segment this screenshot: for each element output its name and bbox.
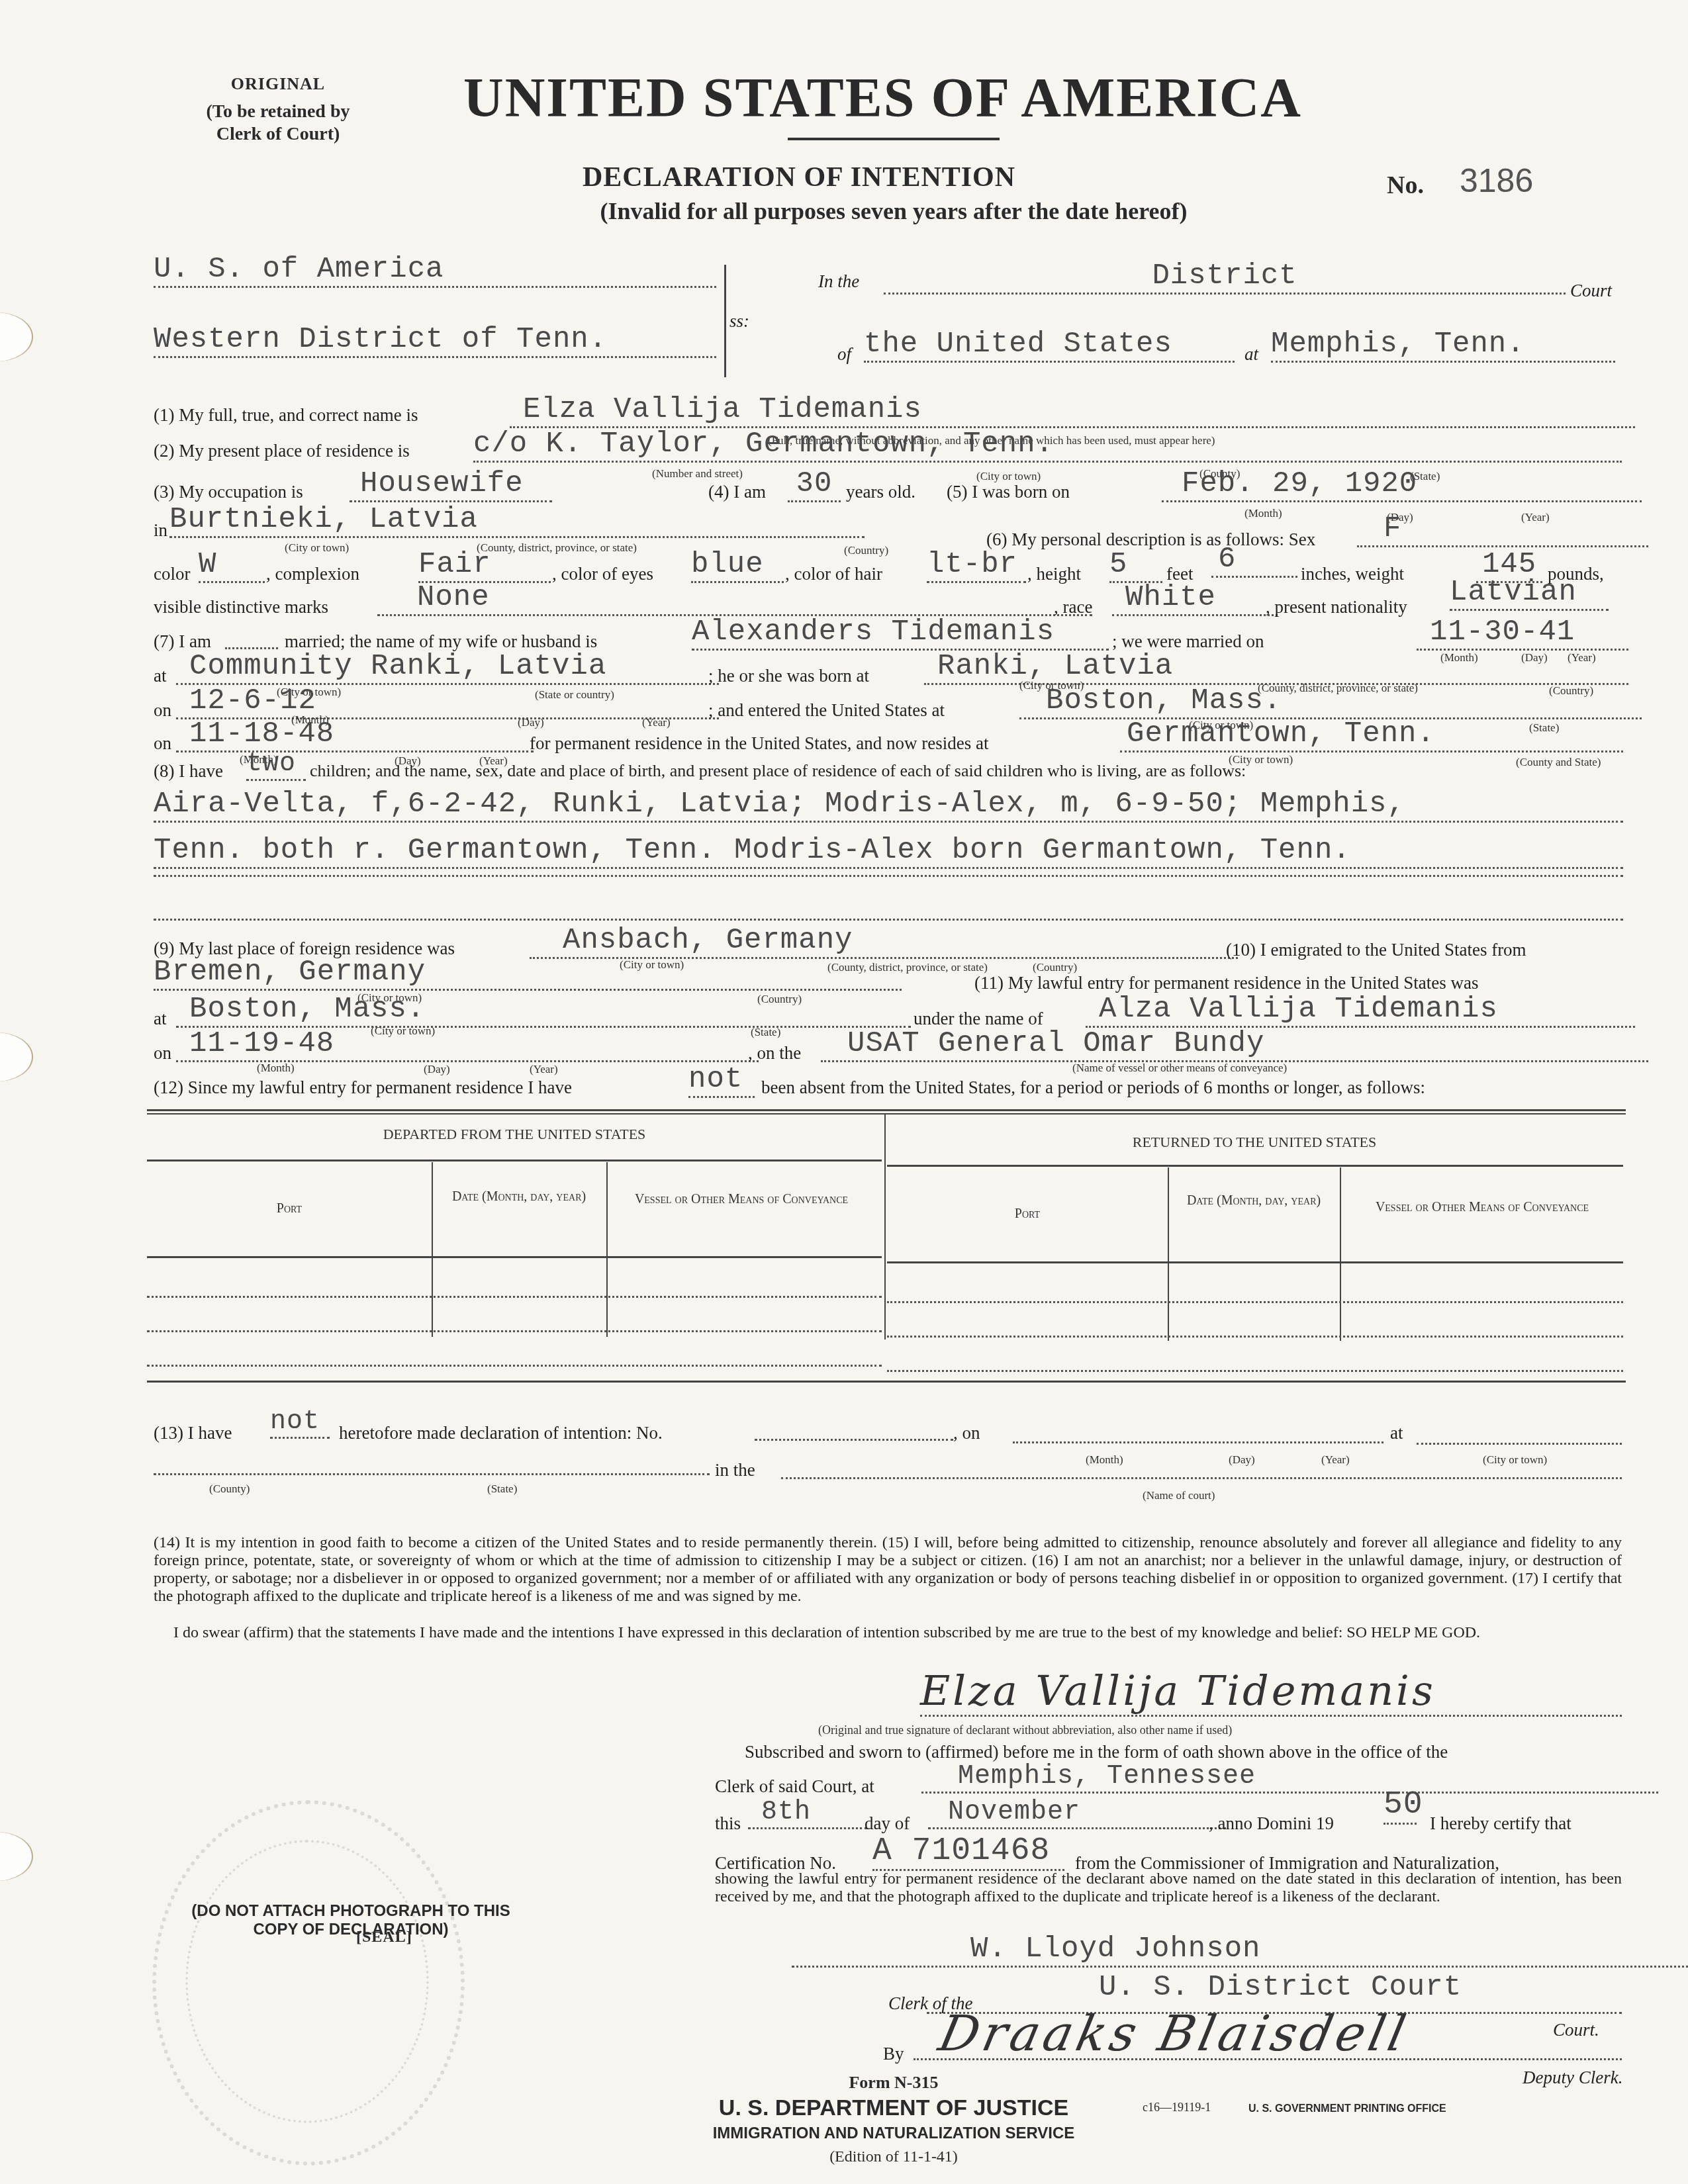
prior-county-state-field: [154, 1473, 710, 1475]
complexion-field: Fair: [418, 548, 551, 583]
q13-at-label: at: [1390, 1423, 1403, 1443]
q4-suffix: years old.: [846, 482, 915, 502]
form-subtitle: DECLARATION OF INTENTION: [583, 161, 1244, 193]
spouse-resides-label: for permanent residence in the United St…: [530, 733, 989, 754]
oath-location-field: Memphis, Tennessee: [921, 1762, 1658, 1794]
residence-caption-city: (City or town): [976, 470, 1041, 483]
of-label: of: [837, 344, 851, 365]
returned-date-header: Date (Month, day, year): [1168, 1193, 1340, 1208]
q5-label: (5) I was born on: [947, 482, 1070, 502]
q13-text: heretofore made declaration of intention…: [339, 1423, 663, 1443]
q1-label: (1) My full, true, and correct name is: [154, 405, 418, 426]
spouse-born-label: ; he or she was born at: [708, 666, 869, 686]
entry-date-field: 11-19-48: [176, 1027, 759, 1062]
punch-hole: [0, 312, 33, 361]
birth-caption-month: (Month): [1244, 507, 1282, 520]
q13-caption-day: (Day): [1229, 1453, 1255, 1467]
q13-caption-court: (Name of court): [1143, 1489, 1215, 1502]
entry-port-field: Boston, Mass.: [176, 993, 911, 1028]
prior-date-field: [1013, 1441, 1383, 1443]
children-line-3: [154, 875, 1623, 877]
title-rule: [788, 138, 1000, 140]
spouse-dob-field: 12-6-12: [176, 684, 719, 719]
marks-label: visible distinctive marks: [154, 597, 328, 617]
oath-month-field: November: [928, 1797, 1226, 1829]
table-top-rule: [147, 1109, 1626, 1111]
q2-label: (2) My present place of residence is: [154, 441, 410, 461]
table-row: [147, 1296, 882, 1298]
complexion-label: , complexion: [266, 564, 359, 584]
embossed-seal-inner: [185, 1840, 429, 2123]
retained-note: (To be retained by Clerk of Court): [146, 101, 410, 146]
prior-court-field: [781, 1477, 1622, 1479]
table-top-rule-2: [147, 1113, 1626, 1115]
table-row: [887, 1370, 1623, 1372]
q8-label: (8) I have: [154, 761, 223, 782]
birthplace-prefix: in: [154, 520, 167, 541]
departed-date-header: Date (Month, day, year): [432, 1189, 606, 1205]
table-row: [887, 1301, 1623, 1303]
age-field: 30: [788, 467, 841, 502]
sex-field: F: [1357, 512, 1648, 547]
venue-district: Western District of Tenn.: [154, 323, 716, 358]
departed-port-header: Port: [147, 1201, 432, 1216]
children-line-4: [154, 919, 1623, 921]
this-label: this: [715, 1813, 741, 1834]
q11-caption-month: (Month): [257, 1062, 295, 1075]
table-divider: [884, 1115, 886, 1340]
birthplace-caption-city: (City or town): [285, 541, 349, 555]
table-row: [887, 1336, 1623, 1338]
declarant-signature: Elza Vallija Tidemanis: [920, 1666, 1622, 1717]
height-inches-field: 6: [1211, 543, 1297, 578]
prior-declaration-field: not: [270, 1407, 330, 1439]
photo-note: (DO NOT ATTACH PHOTOGRAPH TO THIS COPY O…: [146, 1902, 556, 1939]
prior-number-field: [755, 1439, 953, 1441]
departed-header-rule: [147, 1160, 882, 1161]
emigrated-from-field: Bremen, Germany: [154, 956, 902, 991]
q12-label: (12) Since my lawful entry for permanent…: [154, 1077, 572, 1098]
residence-field: c/o K. Taylor, Germantown, Tenn.: [473, 428, 1622, 463]
q11-vessel-label: , on the: [748, 1043, 801, 1064]
married-at-label: at: [154, 666, 167, 686]
marriage-date-field: 11-30-41: [1417, 615, 1628, 651]
returned-header-rule: [887, 1165, 1623, 1167]
swear-paragraph: I do swear (affirm) that the statements …: [154, 1624, 1622, 1642]
entry-vessel-field: USAT General Omar Bundy: [821, 1027, 1648, 1062]
q11-vessel-caption: (Name of vessel or other means of convey…: [1072, 1062, 1287, 1075]
seal-label: [SEAL]: [356, 1929, 412, 1946]
service-name: IMMIGRATION AND NATURALIZATION SERVICE: [596, 2124, 1192, 2143]
q13-caption-city: (City or town): [1483, 1453, 1547, 1467]
column-header-rule: [887, 1261, 1623, 1263]
returned-header: RETURNED TO THE UNITED STATES: [887, 1134, 1622, 1150]
court-label: Court: [1570, 281, 1612, 301]
by-label: By: [883, 2044, 904, 2064]
court-of: the United States: [864, 328, 1235, 363]
foreign-residence-field: Ansbach, Germany: [530, 924, 1238, 959]
race-field: White: [1112, 581, 1278, 616]
q13-caption-county: (County): [209, 1482, 250, 1496]
residence-caption-street: (Number and street): [652, 467, 743, 480]
table-row: [147, 1330, 882, 1332]
q13-in-the-label: in the: [715, 1460, 755, 1480]
q11-caption-year: (Year): [530, 1063, 558, 1076]
deputy-label: Deputy Clerk.: [1523, 2068, 1622, 2088]
spouse-entry-date-field: 11-18-48: [176, 717, 534, 752]
q13-caption-month: (Month): [1086, 1453, 1123, 1467]
departed-vessel-header: Vessel or Other Means of Conveyance: [616, 1191, 867, 1207]
q3-label: (3) My occupation is: [154, 482, 303, 502]
height-feet-field: 5: [1109, 548, 1162, 583]
column-header-rule: [147, 1256, 882, 1258]
q13-caption-state: (State): [487, 1482, 517, 1496]
q11-on-label: on: [154, 1043, 171, 1064]
punch-hole: [0, 1032, 33, 1081]
venue-brace: [716, 265, 726, 377]
children-line-2: Tenn. both r. Germantown, Tenn. Modris-A…: [154, 834, 1623, 869]
col-divider: [1340, 1167, 1341, 1341]
day-of-label: day of: [865, 1813, 910, 1834]
ss-label: ss:: [729, 311, 749, 332]
clerk-name-field: W. Lloyd Johnson: [792, 1933, 1688, 1968]
marks-field: None: [377, 581, 1092, 616]
q11-at-label: at: [154, 1009, 167, 1029]
form-number: Form N-315: [662, 2073, 1125, 2093]
married-on-label: ; we were married on: [1112, 631, 1264, 652]
oath-year-field: 50: [1383, 1787, 1417, 1825]
color-field: W: [199, 548, 265, 583]
at-label: at: [1244, 344, 1258, 365]
q8-text: children; and the name, sex, date and pl…: [310, 761, 1246, 781]
returned-port-header: Port: [887, 1206, 1168, 1222]
race-label: , race: [1054, 597, 1092, 617]
birthplace-caption-country: (Country): [844, 544, 888, 557]
q10-label: (10) I emigrated to the United States fr…: [1226, 940, 1526, 960]
court-location: Memphis, Tenn.: [1271, 328, 1615, 363]
q4-label: (4) I am: [708, 482, 766, 502]
document-title: UNITED STATES OF AMERICA: [463, 66, 1324, 130]
declarant-caption: (Original and true signature of declaran…: [818, 1723, 1232, 1737]
q11-label: (11) My lawful entry for permanent resid…: [974, 973, 1479, 993]
spouse-entry-port-field: Boston, Mass.: [1019, 684, 1642, 719]
in-the-label: In the: [818, 271, 859, 292]
retained-note-line2: Clerk of Court): [146, 123, 410, 146]
punch-hole: [0, 1832, 33, 1881]
q13-on-label: , on: [953, 1423, 980, 1443]
subscribed-text: Subscribed and sworn to (affirmed) befor…: [745, 1742, 1448, 1762]
full-name-field: Elza Vallija Tidemanis: [510, 393, 1635, 428]
photo-note-line1: (DO NOT ATTACH PHOTOGRAPH TO THIS: [146, 1902, 556, 1921]
q7-married-label: married; the name of my wife or husband …: [285, 631, 597, 652]
spouse-entered-label: ; and entered the United States at: [708, 700, 945, 721]
validity-note: (Invalid for all purposes seven years af…: [457, 197, 1331, 225]
inches-label: inches, weight: [1301, 564, 1404, 584]
birthplace-field: Burtnieki, Latvia: [169, 503, 865, 538]
form-edition: (Edition of 11-1-41): [596, 2148, 1192, 2166]
cert-text-2: showing the lawful entry for permanent r…: [715, 1870, 1622, 1906]
absence-field: not: [688, 1063, 755, 1098]
spouse-entry-date-label: on: [154, 733, 171, 754]
q12-text: been absent from the United States, for …: [761, 1077, 1425, 1098]
spouse-name-field: Alexanders Tidemanis: [692, 615, 1109, 651]
q7-label: (7) I am: [154, 631, 211, 652]
spouse-residence-field: Germantown, Tenn.: [1120, 717, 1623, 752]
q13-caption-year: (Year): [1321, 1453, 1350, 1467]
table-bottom-rule: [147, 1381, 1626, 1383]
marriage-place-field: Community Ranki, Latvia: [176, 650, 719, 685]
printer-name: U. S. GOVERNMENT PRINTING OFFICE: [1248, 2103, 1446, 2115]
number-label: No.: [1387, 171, 1424, 200]
original-label: ORIGINAL: [152, 74, 404, 94]
spouse-resides-caption-county: (County and State): [1516, 756, 1601, 769]
court-name-field: U. S. District Court: [854, 1971, 1688, 2004]
department-name: U. S. DEPARTMENT OF JUSTICE: [596, 2095, 1192, 2121]
eyes-field: blue: [691, 548, 784, 583]
print-code: c16—19119-1: [1143, 2101, 1211, 2115]
court-type: District: [884, 259, 1566, 295]
birth-date-field: Feb. 29, 1920: [1162, 467, 1642, 502]
nationality-field: Latvian: [1450, 576, 1609, 611]
spouse-dob-caption-year: (Year): [642, 716, 671, 729]
spouse-dob-label: on: [154, 700, 171, 721]
nationality-label: , present nationality: [1266, 597, 1407, 617]
table-row: [147, 1365, 882, 1367]
q9-caption-country: (Country): [1033, 961, 1077, 974]
certification-number-field: A 7101468: [872, 1833, 1064, 1871]
children-line-1: Aira-Velta, f,6-2-42, Runki, Latvia; Mod…: [154, 788, 1623, 823]
occupation-field: Housewife: [350, 467, 552, 502]
oath-day-field: 8th: [748, 1797, 867, 1829]
q13-label: (13) I have: [154, 1423, 232, 1443]
anno-label: , anno Domini 19: [1209, 1813, 1334, 1834]
venue-country: U. S. of America: [154, 253, 716, 288]
marital-status-field: [225, 641, 278, 649]
clerk-at-label: Clerk of said Court, at: [715, 1776, 874, 1797]
entry-name-field: Alza Vallija Tidemanis: [1086, 993, 1635, 1028]
children-count-field: two: [246, 749, 306, 781]
photo-note-line2: COPY OF DECLARATION): [146, 1921, 556, 1939]
departed-header: DEPARTED FROM THE UNITED STATES: [147, 1126, 882, 1142]
court-label: Court.: [1553, 2020, 1599, 2040]
oath-paragraph: (14) It is my intention in good faith to…: [154, 1534, 1622, 1606]
retained-note-line1: (To be retained by: [146, 101, 410, 123]
deputy-signature: Draaks Blaisdell: [934, 2005, 1415, 2062]
hair-field: lt-br: [927, 548, 1026, 583]
col-divider: [606, 1162, 608, 1337]
prior-city-field: [1417, 1443, 1622, 1445]
declaration-number: 3186: [1460, 161, 1533, 200]
q11-name-label: under the name of: [914, 1009, 1043, 1029]
q11-caption-day: (Day): [424, 1063, 450, 1076]
returned-vessel-header: Vessel or Other Means of Conveyance: [1346, 1199, 1618, 1215]
certify-label: I hereby certify that: [1430, 1813, 1571, 1834]
color-label: color: [154, 564, 190, 584]
